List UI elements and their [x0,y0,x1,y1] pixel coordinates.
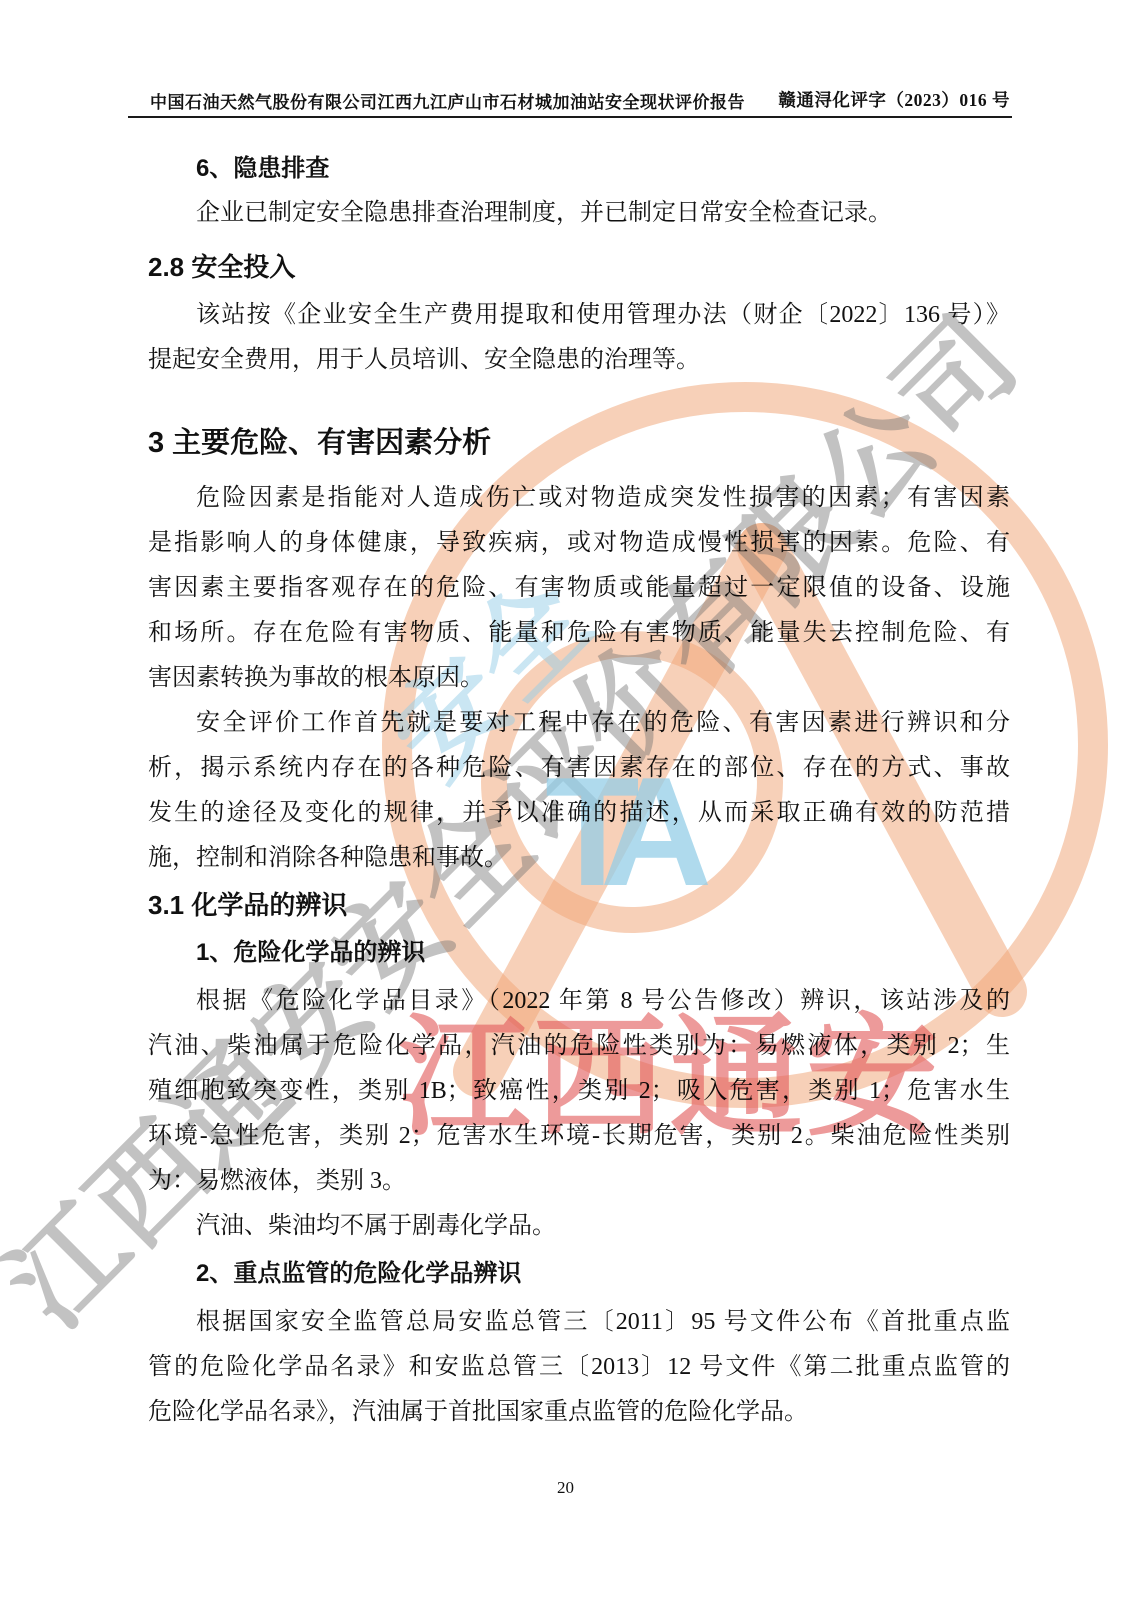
paragraph-line: 该站按《企业安全生产费用提取和使用管理办法（财企〔2022〕136 号）》 [148,298,1010,332]
document-page: 中国石油天然气股份有限公司江西九江庐山市石材城加油站安全现状评价报告 赣通浔化评… [0,0,1131,1600]
paragraph-line: 提起安全费用，用于人员培训、安全隐患的治理等。 [148,343,1010,377]
paragraph-line: 害因素转换为事故的根本原因。 [148,661,1010,695]
paragraph-line: 汽油、柴油均不属于剧毒化学品。 [148,1209,1010,1243]
header-title: 中国石油天然气股份有限公司江西九江庐山市石材城加油站安全现状评价报告 [150,88,745,113]
heading-3: 3 主要危险、有害因素分析 [148,426,1010,460]
paragraph-line: 施，控制和消除各种隐患和事故。 [148,841,1010,875]
paragraph-line: 汽油、柴油属于危险化学品，汽油的危险性类别为：易燃液体，类别 2；生 [148,1029,1010,1063]
heading-2-8: 2.8 安全投入 [148,250,1010,284]
paragraph-line: 管的危险化学品名录》和安监总管三〔2013〕12 号文件《第二批重点监管的 [148,1350,1010,1384]
paragraph-line: 和场所。存在危险有害物质、能量和危险有害物质、能量失去控制危险、有 [148,616,1010,650]
header-doc-number: 赣通浔化评字（2023）016 号 [778,87,1010,112]
paragraph-line: 是指影响人的身体健康，导致疾病，或对物造成慢性损害的因素。危险、有 [148,526,1010,560]
paragraph-line: 危险化学品名录》，汽油属于首批国家重点监管的危险化学品。 [148,1395,1010,1429]
paragraph-line: 发生的途径及变化的规律，并予以准确的描述，从而采取正确有效的防范措 [148,796,1010,830]
heading-3-1-1: 1、危险化学品的辨识 [148,936,1010,970]
paragraph-line: 害因素主要指客观存在的危险、有害物质或能量超过一定限值的设备、设施 [148,571,1010,605]
paragraph-line: 析，揭示系统内存在的各种危险、有害因素存在的部位、存在的方式、事故 [148,751,1010,785]
paragraph-line: 危险因素是指能对人造成伤亡或对物造成突发性损害的因素；有害因素 [148,481,1010,515]
paragraph-line: 企业已制定安全隐患排查治理制度，并已制定日常安全检查记录。 [148,196,1010,230]
watermark-blue-text: 安全 [350,411,745,806]
heading-hazard-check: 6、隐患排查 [148,152,1010,186]
heading-3-1-2: 2、重点监管的危险化学品辨识 [148,1257,1010,1291]
paragraph-line: 安全评价工作首先就是要对工程中存在的危险、有害因素进行辨识和分 [148,706,1010,740]
heading-3-1: 3.1 化学品的辨识 [148,888,1010,922]
header-rule [128,116,1012,118]
paragraph-line: 根据《危险化学品目录》（2022 年第 8 号公告修改）辨识，该站涉及的 [148,984,1010,1018]
paragraph-line: 为：易燃液体，类别 3。 [148,1164,1010,1198]
page-number: 20 [0,1478,1131,1498]
paragraph-line: 环境-急性危害，类别 2；危害水生环境-长期危害，类别 2。柴油危险性类别 [148,1119,1010,1153]
paragraph-line: 殖细胞致突变性，类别 1B；致癌性，类别 2；吸入危害，类别 1；危害水生 [148,1074,1010,1108]
paragraph-line: 根据国家安全监管总局安监总管三〔2011〕95 号文件公布《首批重点监 [148,1305,1010,1339]
